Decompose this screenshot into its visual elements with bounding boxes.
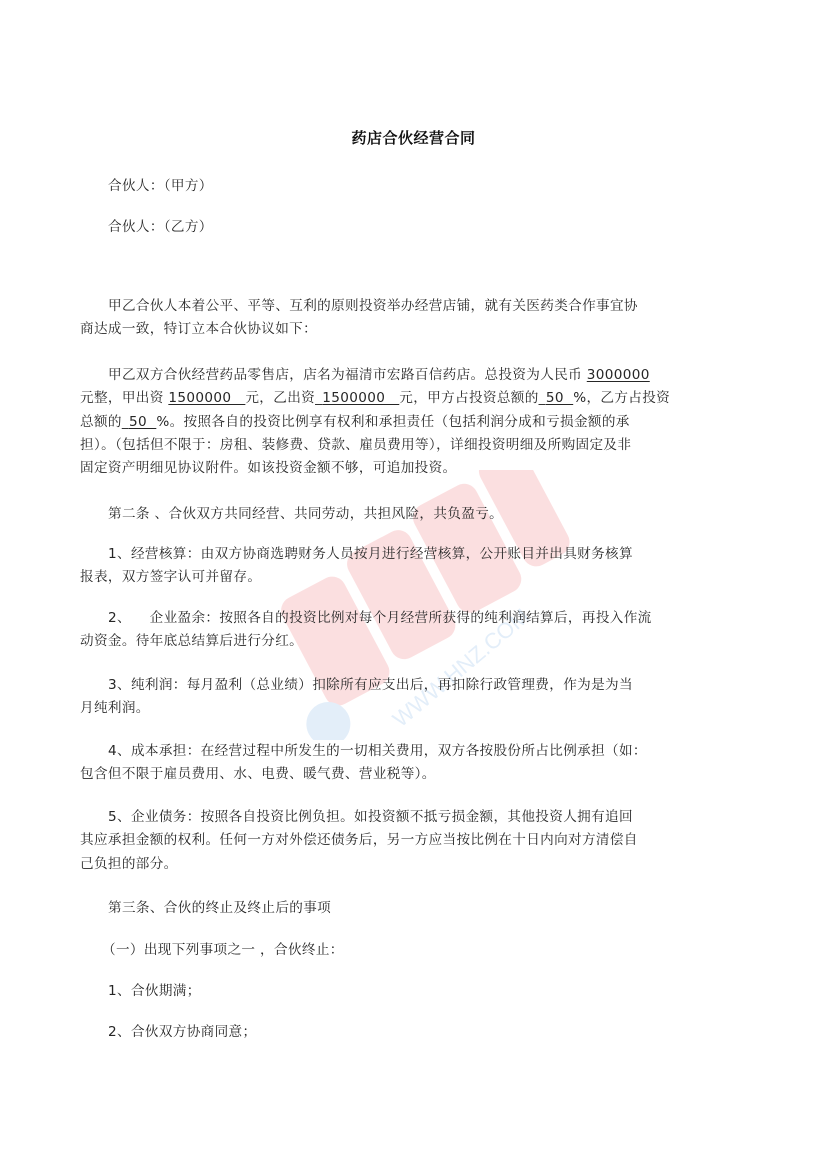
- text: 元整，甲出资: [80, 390, 168, 406]
- document-page: WWW.HNZ.COM 药店合伙经营合同 合伙人：（甲方） 合伙人：（乙方） 甲…: [0, 0, 827, 1169]
- article-2-item-5: 5、企业债务：按照各自投资比例负担。如投资额不抵亏损金额，其他投资人拥有追回 其…: [80, 806, 748, 876]
- item-line: 5、企业债务：按照各自投资比例负担。如投资额不抵亏损金额，其他投资人拥有追回: [80, 806, 748, 829]
- intro-paragraph: 甲乙合伙人本着公平、平等、互利的原则投资举办经营店铺，就有关医药类合作事宜协 商…: [80, 295, 748, 342]
- party-a-share-value: 50: [546, 390, 573, 406]
- item-line: 其应承担金额的权利。任何一方对外偿还债务后，另一方应当按比例在十日内向对方清偿自: [80, 829, 748, 852]
- total-investment-value: 3000000: [587, 367, 650, 383]
- party-b-label: 合伙人：（乙方）: [80, 216, 780, 239]
- article-2-item-2: 2、 企业盈余：按照各自的投资比例对每个月经营所获得的纯利润结算后，再投入作流 …: [80, 607, 748, 654]
- intro-line-1: 甲乙合伙人本着公平、平等、互利的原则投资举办经营店铺，就有关医药类合作事宜协: [80, 295, 748, 318]
- item-line: 包含但不限于雇员费用、水、电费、暖气费、营业税等）。: [80, 763, 748, 786]
- investment-paragraph: 甲乙双方合伙经营药品零售店，店名为福清市宏路百信药店。总投资为人民币 30000…: [80, 364, 748, 480]
- item-line: 1、经营核算：由双方协商选聘财务人员按月进行经营核算，公开账目并出具财务核算: [80, 543, 748, 566]
- party-b-share-value: 50: [129, 414, 156, 430]
- item-line: 3、纯利润：每月盈利（总业绩）扣除所有应支出后，再扣除行政管理费，作为是为当: [80, 674, 748, 697]
- item-line: 己负担的部分。: [80, 853, 748, 876]
- item-line: 动资金。待年底总结算后进行分红。: [80, 630, 748, 653]
- text: 甲乙双方合伙经营药品零售店，店名为福清市宏路百信药店。总投资为人民币: [108, 367, 587, 383]
- article-2-heading: 第二条 、合伙双方共同经营、共同劳动，共担风险，共负盈亏。: [80, 503, 780, 526]
- intro-line-2: 商达成一致，特订立本合伙协议如下：: [80, 318, 748, 341]
- item-line: 4、成本承担：在经营过程中所发生的一切相关费用，双方各按股份所占比例承担（如：: [80, 740, 748, 763]
- item-line: 月纯利润。: [80, 697, 748, 720]
- text: 元，乙出资_: [245, 390, 322, 406]
- item-line: 报表，双方签字认可并留存。: [80, 566, 748, 589]
- investment-line-3: 总额的_50 %。按照各自的投资比例享有权利和承担责任（包括利润分成和亏损金额的…: [80, 411, 748, 434]
- investment-line-4: 担）。（包括但不限于：房租、装修费、贷款、雇员费用等），详细投资明细及所购固定及…: [80, 434, 748, 457]
- article-3-subheading: （一）出现下列事项之一 ，合伙终止：: [102, 939, 774, 962]
- party-b-investment-value: 1500000: [322, 390, 399, 406]
- article-3-item-2: 2、合伙双方协商同意；: [80, 1021, 780, 1044]
- item-line: 2、 企业盈余：按照各自的投资比例对每个月经营所获得的纯利润结算后，再投入作流: [80, 607, 748, 630]
- document-title: 药店合伙经营合同: [0, 127, 827, 148]
- investment-line-1: 甲乙双方合伙经营药品零售店，店名为福清市宏路百信药店。总投资为人民币 30000…: [80, 364, 748, 387]
- article-3-heading: 第三条、合伙的终止及终止后的事项: [80, 897, 780, 920]
- article-2-item-4: 4、成本承担：在经营过程中所发生的一切相关费用，双方各按股份所占比例承担（如： …: [80, 740, 748, 787]
- article-2-item-1: 1、经营核算：由双方协商选聘财务人员按月进行经营核算，公开账目并出具财务核算 报…: [80, 543, 748, 590]
- text: 元，甲方占投资总额的_: [399, 390, 546, 406]
- text: %，乙方占投资: [573, 390, 670, 406]
- text: %。按照各自的投资比例享有权利和承担责任（包括利润分成和亏损金额的承: [156, 414, 629, 430]
- article-2-item-3: 3、纯利润：每月盈利（总业绩）扣除所有应支出后，再扣除行政管理费，作为是为当 月…: [80, 674, 748, 721]
- article-3-item-1: 1、合伙期满；: [80, 980, 780, 1003]
- party-a-investment-value: 1500000: [168, 390, 245, 406]
- party-a-label: 合伙人：（甲方）: [80, 175, 780, 198]
- investment-line-2: 元整，甲出资 1500000 元，乙出资_1500000 元，甲方占投资总额的_…: [80, 387, 748, 410]
- investment-line-5: 固定资产明细见协议附件。如该投资金额不够，可追加投资。: [80, 457, 748, 480]
- text: 总额的_: [80, 414, 129, 430]
